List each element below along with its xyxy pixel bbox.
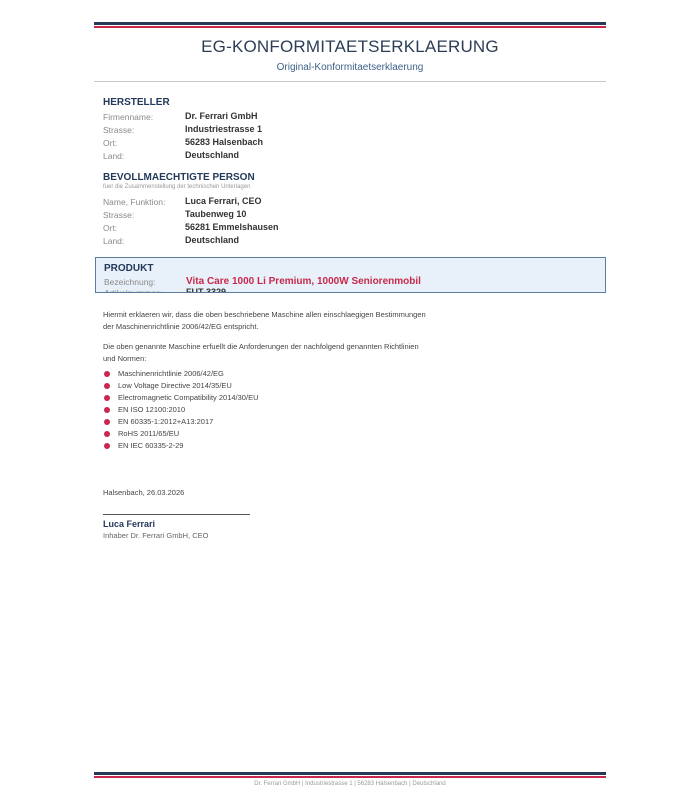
bevollmaechtigte-row-ort: Ort: 56281 Emmelshausen xyxy=(103,223,593,236)
field-label: Strasse: xyxy=(103,125,134,135)
section-note-bevollmaechtigte: fuer die Zusammenstellung der technische… xyxy=(103,184,250,190)
field-label: Ort: xyxy=(103,138,117,148)
field-label: Strasse: xyxy=(103,210,134,220)
produkt-row-artikelnummer: Artikelnummer: FUT-3329 xyxy=(104,288,594,293)
standards-intro-paragraph: Die oben genannte Maschine erfuellt die … xyxy=(103,341,433,365)
section-title-bevollmaechtigte: BEVOLLMAECHTIGTE PERSON xyxy=(103,172,255,183)
signatory-name: Luca Ferrari xyxy=(103,519,155,529)
footer-stripe xyxy=(94,772,606,778)
document-title: EG-KONFORMITAETSERKLAERUNG xyxy=(94,37,606,57)
field-value: 56283 Halsenbach xyxy=(185,137,263,147)
list-item: EN 60335-1:2012+A13:2017 xyxy=(104,416,259,428)
header-stripe xyxy=(94,22,606,28)
field-label: Land: xyxy=(103,236,124,246)
header-divider xyxy=(94,81,606,82)
field-label: Name, Funktion: xyxy=(103,197,165,207)
list-item: RoHS 2011/65/EU xyxy=(104,428,259,440)
document-page: EG-KONFORMITAETSERKLAERUNG Original-Konf… xyxy=(94,0,606,800)
bevollmaechtigte-row-strasse: Strasse: Taubenweg 10 xyxy=(103,210,593,223)
bevollmaechtigte-row-name: Name, Funktion: Luca Ferrari, CEO xyxy=(103,197,593,210)
field-label: Ort: xyxy=(103,223,117,233)
list-item: Electromagnetic Compatibility 2014/30/EU xyxy=(104,392,259,404)
standards-list: Maschinenrichtlinie 2006/42/EG Low Volta… xyxy=(104,368,259,452)
field-value: Industriestrasse 1 xyxy=(185,124,262,134)
list-item: Maschinenrichtlinie 2006/42/EG xyxy=(104,368,259,380)
field-label: Artikelnummer: xyxy=(104,288,161,293)
hersteller-row-strasse: Strasse: Industriestrasse 1 xyxy=(103,125,593,138)
section-title-hersteller: HERSTELLER xyxy=(103,97,170,108)
section-title-produkt: PRODUKT xyxy=(104,263,153,274)
field-value: Deutschland xyxy=(185,235,239,245)
article-number-value: FUT-3329 xyxy=(186,287,226,293)
field-label: Land: xyxy=(103,151,124,161)
field-value: Deutschland xyxy=(185,150,239,160)
hersteller-row-firmenname: Firmenname: Dr. Ferrari GmbH xyxy=(103,112,593,125)
bullet-icon xyxy=(104,371,110,377)
field-value: Dr. Ferrari GmbH xyxy=(185,111,258,121)
signatory-role: Inhaber Dr. Ferrari GmbH, CEO xyxy=(103,531,208,540)
signature-line xyxy=(103,514,250,515)
field-value: 56281 Emmelshausen xyxy=(185,222,279,232)
field-label: Firmenname: xyxy=(103,112,153,122)
field-label: Bezeichnung: xyxy=(104,277,156,287)
product-box: PRODUKT Bezeichnung: Vita Care 1000 Li P… xyxy=(95,257,606,293)
list-item: EN IEC 60335-2-29 xyxy=(104,440,259,452)
field-value: Taubenweg 10 xyxy=(185,209,246,219)
bullet-icon xyxy=(104,419,110,425)
bullet-icon xyxy=(104,431,110,437)
bullet-icon xyxy=(104,383,110,389)
field-value: Luca Ferrari, CEO xyxy=(185,196,262,206)
product-name-value: Vita Care 1000 Li Premium, 1000W Seniore… xyxy=(186,276,421,287)
hersteller-row-land: Land: Deutschland xyxy=(103,151,593,164)
bullet-icon xyxy=(104,395,110,401)
bevollmaechtigte-row-land: Land: Deutschland xyxy=(103,236,593,249)
place-date: Halsenbach, 26.03.2026 xyxy=(103,488,184,497)
bullet-icon xyxy=(104,407,110,413)
bullet-icon xyxy=(104,443,110,449)
list-item: Low Voltage Directive 2014/35/EU xyxy=(104,380,259,392)
footer-text: Dr. Ferrari GmbH | Industriestrasse 1 | … xyxy=(94,781,606,787)
document-subtitle: Original-Konformitaetserklaerung xyxy=(94,62,606,73)
hersteller-row-ort: Ort: 56283 Halsenbach xyxy=(103,138,593,151)
list-item: EN ISO 12100:2010 xyxy=(104,404,259,416)
declaration-paragraph: Hiermit erklaeren wir, dass die oben bes… xyxy=(103,309,433,333)
